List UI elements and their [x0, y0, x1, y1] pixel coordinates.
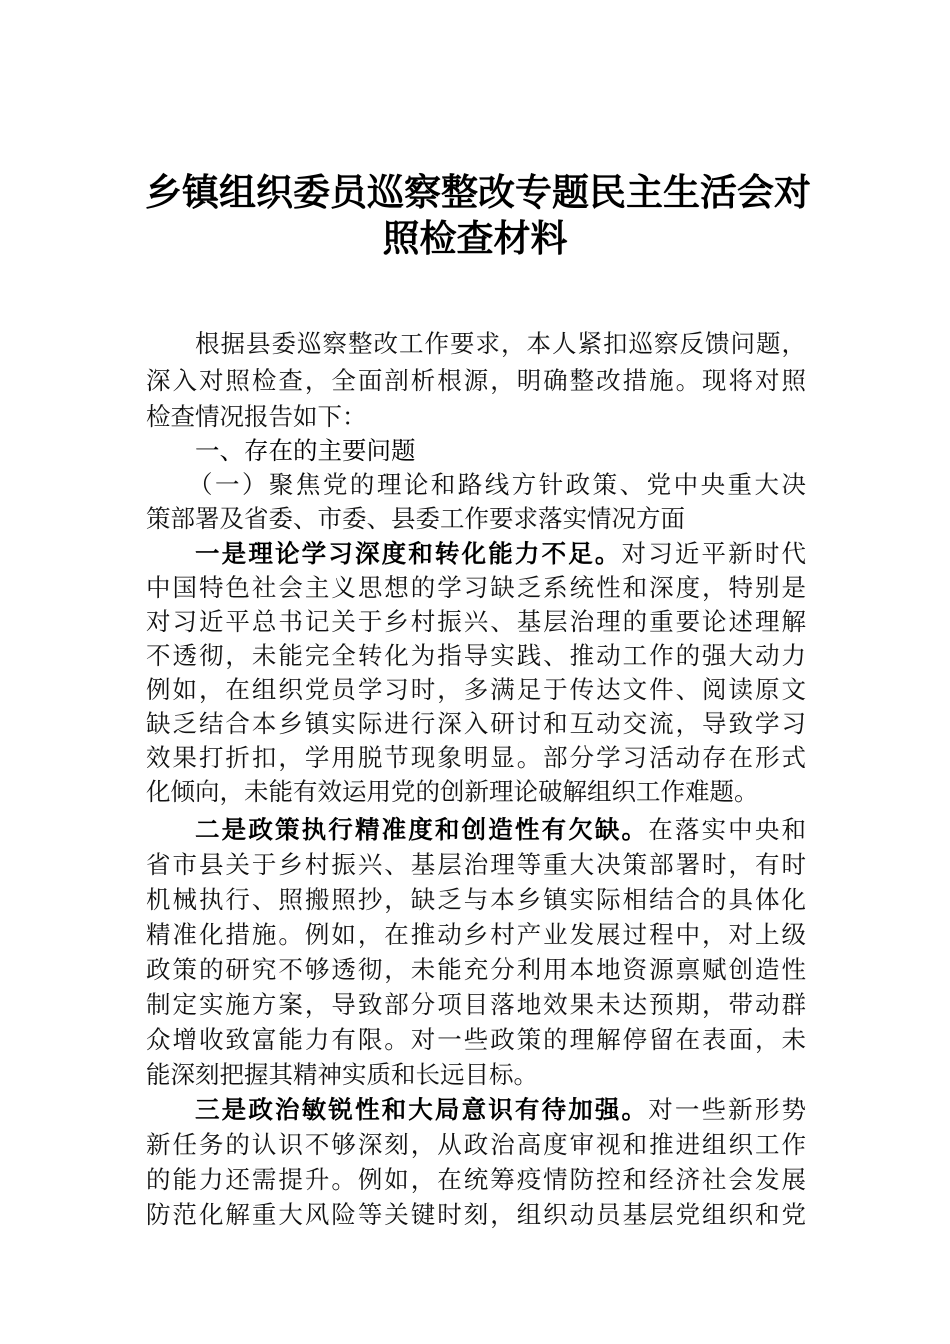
point-2-line: 众增收致富能力有限。对一些政策的理解停留在表面，未 — [146, 1023, 806, 1056]
point-1-line: 不透彻，未能完全转化为指导实践、推动工作的强大动力 — [146, 639, 806, 672]
point-2-first-line: 二是政策执行精准度和创造性有欠缺。在落实中央和 — [195, 813, 806, 846]
point-1-line: 效果打折扣，学用脱节现象明显。部分学习活动存在形式 — [146, 741, 806, 774]
point-1-lead: 一是理论学习深度和转化能力不足。 — [195, 539, 622, 568]
section-heading: 一、存在的主要问题 — [195, 434, 416, 467]
point-1-lead-rest: 对习近平新时代 — [622, 539, 806, 568]
point-3-line: 新任务的认识不够深刻，从政治高度审视和推进组织工作 — [146, 1128, 806, 1161]
subsection-heading-line: （一）聚焦党的理论和路线方针政策、党中央重大决 — [188, 468, 806, 501]
point-3-line: 防范化解重大风险等关键时刻，组织动员基层党组织和党 — [146, 1198, 806, 1231]
point-2-lead-rest: 在落实中央和 — [648, 815, 806, 844]
point-2-line: 机械执行、照搬照抄，缺乏与本乡镇实际相结合的具体化 — [146, 883, 806, 916]
document-page: 乡镇组织委员巡察整改专题民主生活会对 照检查材料 根据县委巡察整改工作要求，本人… — [0, 0, 950, 1344]
point-2-lead: 二是政策执行精准度和创造性有欠缺。 — [195, 815, 648, 844]
point-2-line: 能深刻把握其精神实质和长远目标。 — [146, 1058, 538, 1091]
point-2-line: 省市县关于乡村振兴、基层治理等重大决策部署时，有时 — [146, 848, 806, 881]
point-3-lead-rest: 对一些新形势 — [648, 1095, 806, 1124]
document-title-line-2: 照检查材料 — [145, 208, 805, 262]
point-1-first-line: 一是理论学习深度和转化能力不足。对习近平新时代 — [195, 537, 806, 570]
point-3-lead: 三是政治敏锐性和大局意识有待加强。 — [195, 1095, 648, 1124]
point-1-line: 例如，在组织党员学习时，多满足于传达文件、阅读原文 — [146, 673, 806, 706]
point-3-first-line: 三是政治敏锐性和大局意识有待加强。对一些新形势 — [195, 1093, 806, 1126]
point-1-line: 对习近平总书记关于乡村振兴、基层治理的重要论述理解 — [146, 605, 806, 638]
intro-line: 检查情况报告如下： — [146, 400, 367, 433]
point-2-line: 精准化措施。例如，在推动乡村产业发展过程中，对上级 — [146, 918, 806, 951]
intro-line: 根据县委巡察整改工作要求，本人紧扣巡察反馈问题， — [195, 327, 806, 360]
subsection-heading-line: 策部署及省委、市委、县委工作要求落实情况方面 — [146, 502, 685, 535]
point-3-line: 的能力还需提升。例如，在统筹疫情防控和经济社会发展 — [146, 1163, 806, 1196]
point-1-line: 缺乏结合本乡镇实际进行深入研讨和互动交流，导致学习 — [146, 707, 806, 740]
point-2-line: 制定实施方案，导致部分项目落地效果未达预期，带动群 — [146, 988, 806, 1021]
point-2-line: 政策的研究不够透彻，未能充分利用本地资源禀赋创造性 — [146, 953, 806, 986]
intro-line: 深入对照检查，全面剖析根源，明确整改措施。现将对照 — [146, 364, 806, 397]
point-1-line: 中国特色社会主义思想的学习缺乏系统性和深度，特别是 — [146, 571, 806, 604]
point-1-line: 化倾向，未能有效运用党的创新理论破解组织工作难题。 — [146, 775, 759, 808]
